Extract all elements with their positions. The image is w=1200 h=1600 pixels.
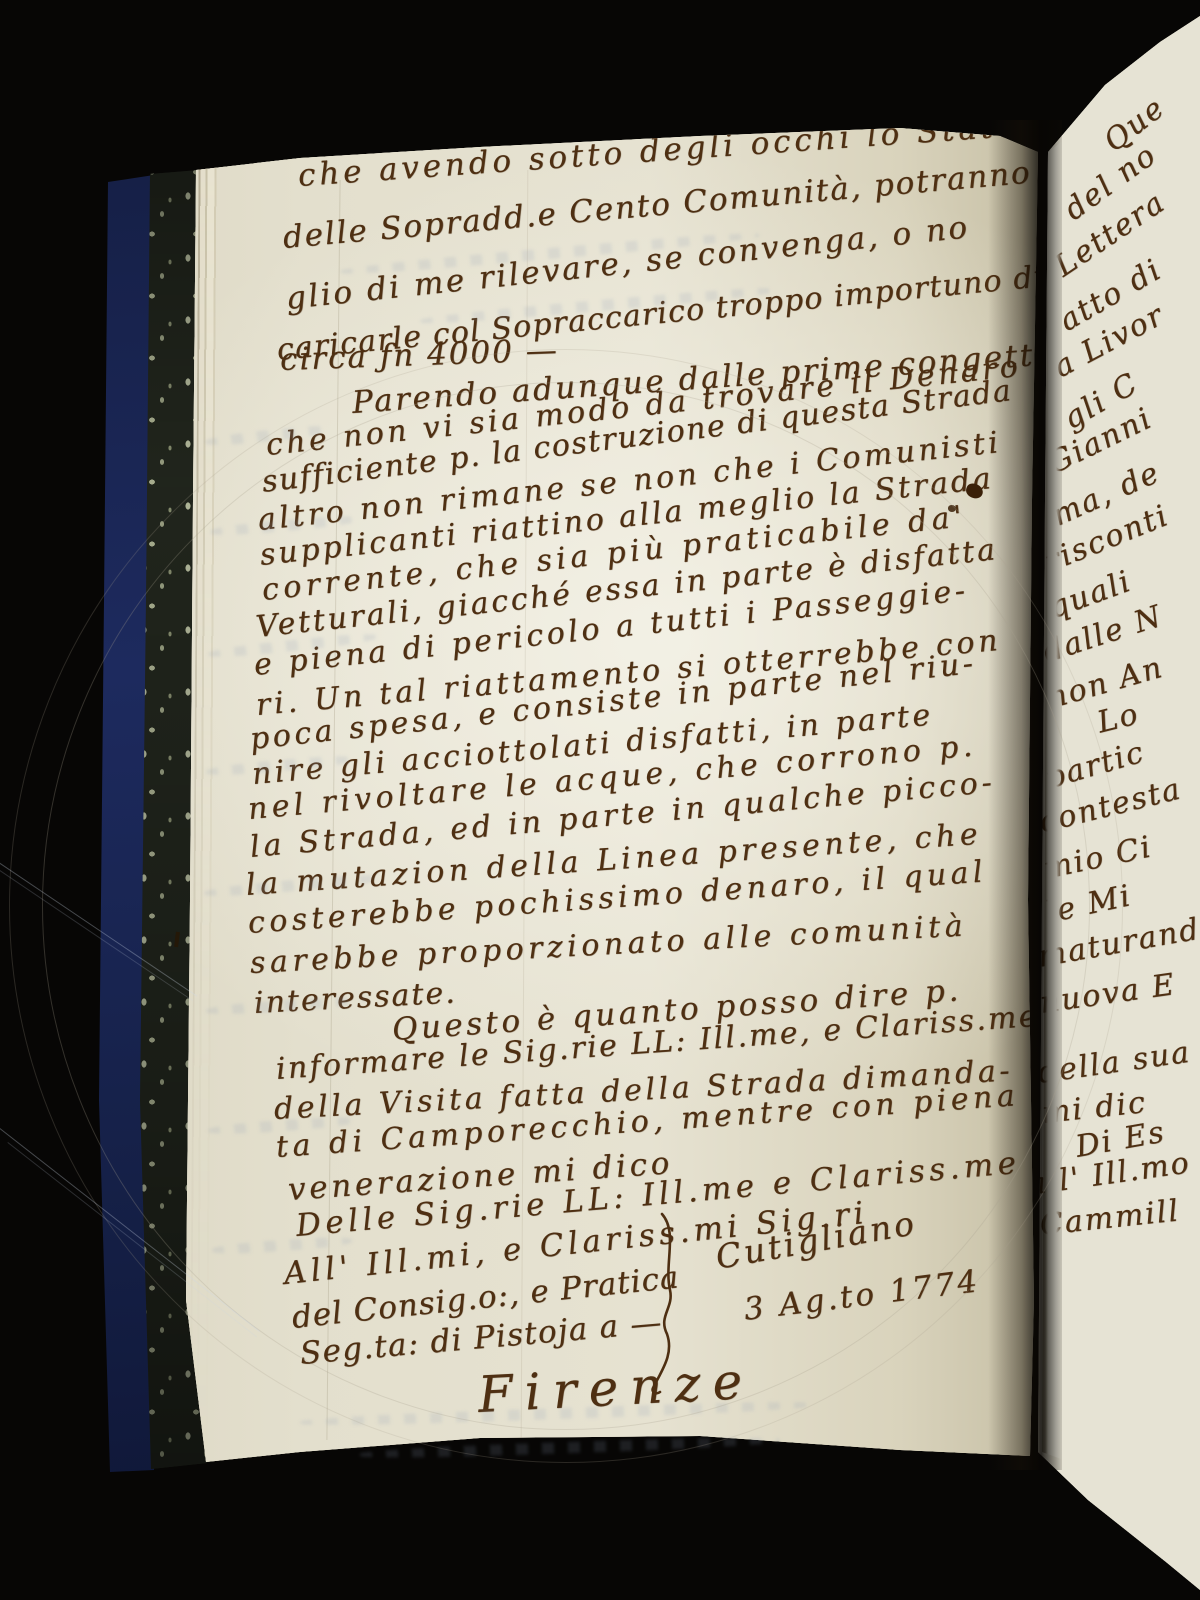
dateline-date: 3 Ag.to 1774 <box>742 1263 982 1328</box>
page-stack-edge <box>189 168 222 1462</box>
ink-blot <box>948 505 956 512</box>
facing-page-fragment: Lo <box>1094 696 1143 740</box>
manuscript-photo: che avendo sotto degli occhi lo Statodel… <box>0 0 1200 1600</box>
brace-flourish <box>648 1212 688 1397</box>
gutter-shadow <box>988 120 1062 1470</box>
